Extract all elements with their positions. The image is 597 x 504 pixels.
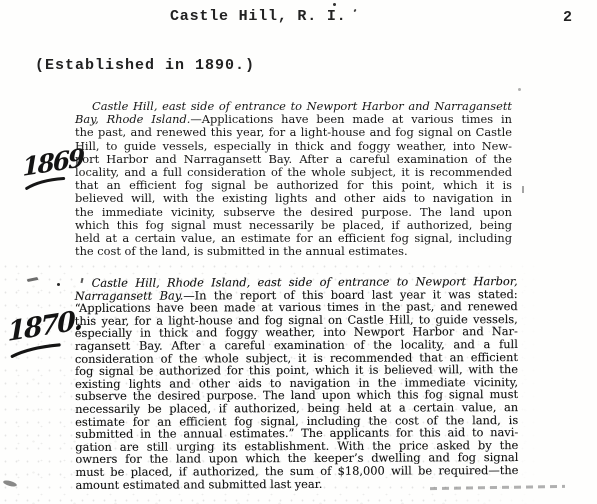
italic-lead-in: Bay, Rhode Island. (75, 112, 190, 126)
established-note: (Established in 1890.) (35, 57, 255, 74)
body-text: the past, and renewed this year, for a l… (75, 125, 512, 139)
page-header-title: Castle Hill, R. I. (170, 8, 346, 25)
scan-dot (353, 9, 356, 13)
document-page: Castle Hill, R. I. 2 (Established in 189… (0, 0, 597, 504)
text-line: amount estimated and submitted last year… (75, 477, 518, 492)
body-text: port Harbor and Narragansett Bay. After … (75, 152, 512, 166)
scan-smudge-tilde (27, 277, 38, 282)
scan-dot (57, 283, 60, 286)
body-text: which this fog signal must necessarily b… (75, 218, 512, 232)
body-text: the immediate vicinity, subserve the des… (75, 205, 512, 219)
page-number: 2 (563, 9, 572, 26)
handwritten-year-1870: 1870. (5, 305, 83, 347)
italic-lead-in: Castle Hill, east side of entrance to Ne… (92, 99, 512, 113)
body-text: believed will, with the existing lights … (75, 191, 512, 205)
scan-smudge-blob (3, 479, 18, 487)
paragraph-1869-report: Castle Hill, east side of entrance to Ne… (75, 100, 512, 258)
body-text: —Applications have been made at various … (190, 112, 512, 126)
scan-dot (518, 88, 521, 91)
body-text: locality, and a full consideration of th… (75, 165, 512, 179)
body-text: amount estimated and submitted last year… (75, 476, 322, 491)
body-text: held at a certain value, an estimate for… (75, 231, 512, 245)
body-text: Hill, to guide vessels, especially in th… (75, 139, 512, 153)
body-text: that an efficient fog signal be authoriz… (75, 178, 512, 192)
scan-tick-mark (522, 186, 524, 193)
body-text: the cost of the land, is submitted in th… (75, 244, 408, 258)
text-line: the cost of the land, is submitted in th… (75, 245, 512, 258)
paragraph-1870-report: Castle Hill, Rhode Island, east side of … (75, 275, 519, 491)
scan-dot (333, 3, 336, 6)
